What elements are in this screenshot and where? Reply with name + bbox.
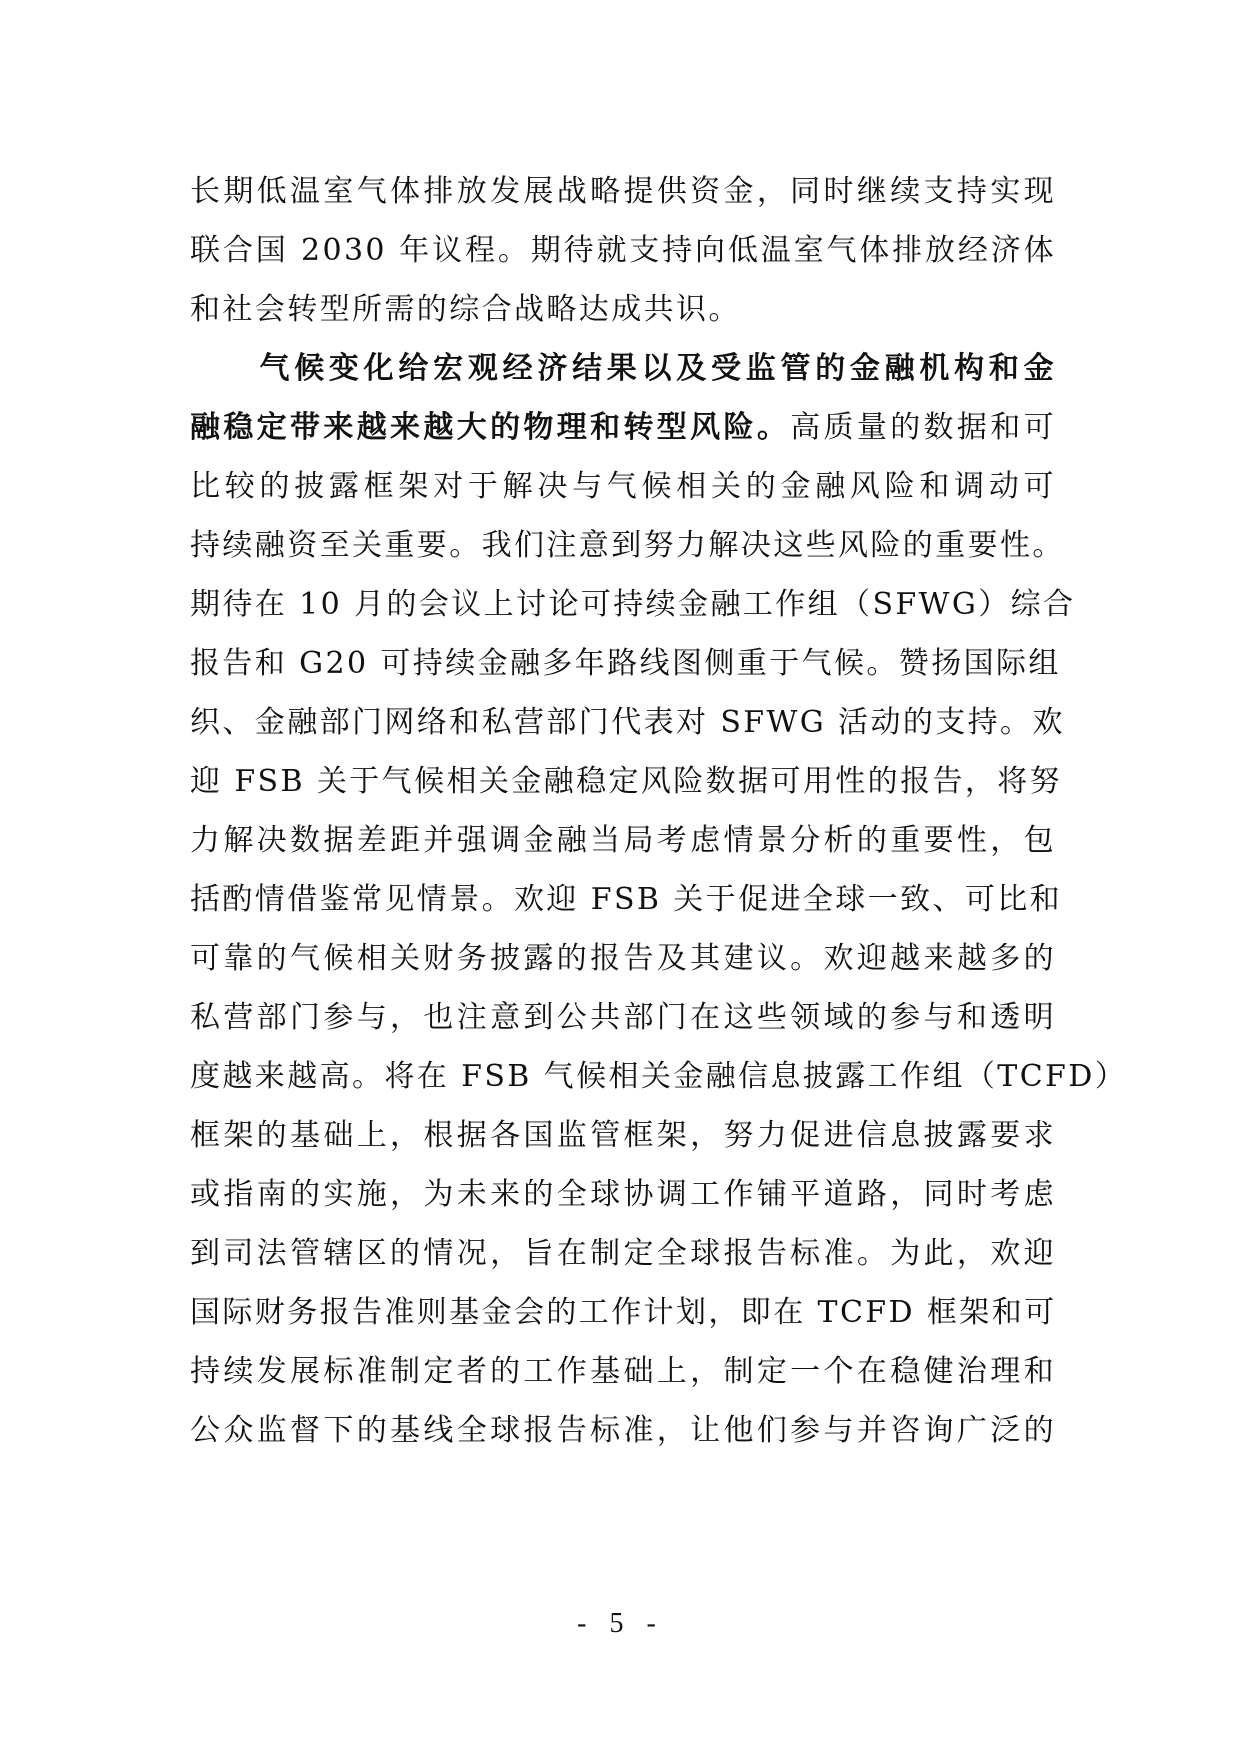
bold-lead-sentence: 融稳定带来越来越大的物理和转型风险。 (190, 410, 790, 445)
text-line: 私营部门参与，也注意到公共部门在这些领域的参与和透明 (190, 988, 1056, 1047)
text-line: 织、金融部门网络和私营部门代表对 SFWG 活动的支持。欢 (190, 693, 1056, 752)
text-line: 公众监督下的基线全球报告标准，让他们参与并咨询广泛的 (190, 1401, 1056, 1460)
text-line: 可靠的气候相关财务披露的报告及其建议。欢迎越来越多的 (190, 929, 1056, 988)
text-line: 联合国 2030 年议程。期待就支持向低温室气体排放经济体 (190, 221, 1056, 280)
text-line: 气候变化给宏观经济结果以及受监管的金融机构和金 (190, 339, 1056, 398)
text-line: 比较的披露框架对于解决与气候相关的金融风险和调动可 (190, 457, 1056, 516)
text-line: 报告和 G20 可持续金融多年路线图侧重于气候。赞扬国际组 (190, 634, 1056, 693)
text-line: 到司法管辖区的情况，旨在制定全球报告标准。为此，欢迎 (190, 1224, 1056, 1283)
text-line: 持续融资至关重要。我们注意到努力解决这些风险的重要性。 (190, 516, 1056, 575)
bold-lead-sentence: 气候变化给宏观经济结果以及受监管的金融机构和金 (190, 351, 1056, 386)
text-line: 持续发展标准制定者的工作基础上，制定一个在稳健治理和 (190, 1342, 1056, 1401)
document-body: 长期低温室气体排放发展战略提供资金，同时继续支持实现 联合国 2030 年议程。… (190, 162, 1056, 1578)
text-line (190, 1519, 1056, 1578)
document-page: 长期低温室气体排放发展战略提供资金，同时继续支持实现 联合国 2030 年议程。… (0, 0, 1241, 1754)
text-line: 力解决数据差距并强调金融当局考虑情景分析的重要性，包 (190, 811, 1056, 870)
text-line: 框架的基础上，根据各国监管框架，努力促进信息披露要求 (190, 1106, 1056, 1165)
page-number: - 5 - (0, 1608, 1241, 1640)
text-line: 括酌情借鉴常见情景。欢迎 FSB 关于促进全球一致、可比和 (190, 870, 1056, 929)
text-line: 长期低温室气体排放发展战略提供资金，同时继续支持实现 (190, 162, 1056, 221)
text-line: 度越来越高。将在 FSB 气候相关金融信息披露工作组（TCFD） (190, 1047, 1056, 1106)
text-line: 融稳定带来越来越大的物理和转型风险。高质量的数据和可 (190, 398, 1056, 457)
text-line: 期待在 10 月的会议上讨论可持续金融工作组（SFWG）综合 (190, 575, 1056, 634)
text-line (190, 1460, 1056, 1519)
line-text: 高质量的数据和可 (790, 410, 1056, 445)
text-line: 国际财务报告准则基金会的工作计划，即在 TCFD 框架和可 (190, 1283, 1056, 1342)
text-line: 和社会转型所需的综合战略达成共识。 (190, 280, 1056, 339)
text-line: 迎 FSB 关于气候相关金融稳定风险数据可用性的报告，将努 (190, 752, 1056, 811)
text-line: 或指南的实施，为未来的全球协调工作铺平道路，同时考虑 (190, 1165, 1056, 1224)
